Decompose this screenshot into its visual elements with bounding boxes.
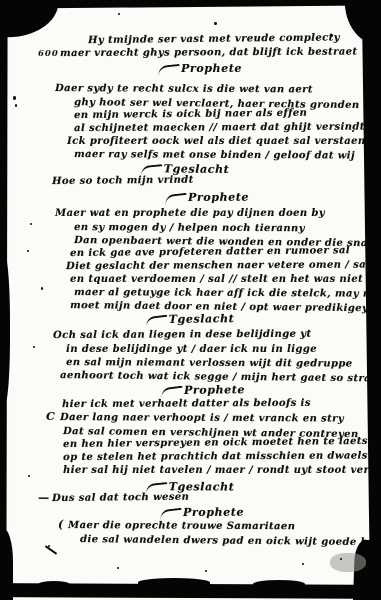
- manuscript-line: hier sal hij niet tavelen / maer / rondt…: [63, 465, 381, 477]
- scan-corner-top-left: [0, 0, 59, 39]
- ink-speck: [330, 34, 333, 37]
- manuscript-line: maer ray selfs met onse binden / geloof …: [74, 149, 355, 162]
- manuscript-line: en sy mogen dy / helpen noch tieranny: [74, 222, 305, 235]
- ink-speck: [118, 13, 120, 15]
- flourish-icon: [158, 64, 181, 76]
- manuscript-line: hier ick met verhaelt datter als beloofs…: [62, 398, 311, 411]
- speaker-label: Prophete: [158, 62, 242, 75]
- ink-speck: [205, 570, 207, 572]
- manuscript-line: en sal mijn niemant verlossen wijt dit g…: [66, 357, 353, 370]
- speaker-label: Prophete: [165, 191, 249, 204]
- manuscript-line: en mijn werck is oick bij naer als effen: [74, 108, 307, 122]
- pen-mark: (: [58, 519, 64, 531]
- manuscript-line: en ick gae ave profeteren datter en rumo…: [70, 245, 350, 260]
- ink-stroke: [45, 545, 58, 555]
- manuscript-line: Hy tmijnde ser vast met vreude complecty: [88, 32, 340, 47]
- ink-speck: [30, 223, 32, 225]
- speaker-label: Prophete: [161, 383, 245, 397]
- scan-smudge: [330, 553, 366, 572]
- manuscript-line: Maer die oprechte trouwe Samaritaen: [68, 520, 295, 533]
- ink-speck: [214, 22, 217, 25]
- speaker-label-text: Tgeslacht: [169, 312, 235, 326]
- page-number: 600: [38, 49, 59, 59]
- manuscript-line: Daer lang naer verhoopt is / met vranck …: [60, 412, 344, 425]
- pen-mark: —: [38, 492, 50, 504]
- manuscript-line: Hoe so toch mijn vrindt: [52, 175, 194, 188]
- ink-speck: [27, 250, 29, 252]
- ink-speck: [117, 567, 119, 569]
- manuscript-line: Och sal ick dan liegen in dese belijding…: [53, 329, 311, 342]
- manuscript-line: en hen hier verspreyen en oick moetet he…: [63, 435, 381, 451]
- manuscript-line: maer al getuyge ick haer aff ick die ste…: [74, 287, 381, 301]
- pen-mark: C: [46, 411, 55, 423]
- manuscript-line: in dese belijdinge yt / daer ick nu in l…: [66, 344, 317, 356]
- scan-edge-bottom-bump: [253, 580, 305, 588]
- flourish-icon: [160, 508, 183, 520]
- manuscript-line: al schijnetet maecken // maert dat ghijt…: [74, 121, 365, 135]
- ink-speck: [33, 346, 35, 348]
- manuscript-line: Diet geslacht der menschen naer vetere o…: [66, 259, 370, 273]
- flourish-icon: [145, 315, 168, 327]
- ink-speck: [41, 287, 43, 290]
- ink-speck: [28, 475, 30, 477]
- speaker-label-text: Prophete: [184, 383, 245, 397]
- ink-speck: [340, 558, 342, 560]
- manuscript-line: Maer wat en prophete die pay dijnen doen…: [55, 208, 325, 220]
- speaker-label: Tgeslacht: [146, 312, 235, 326]
- manuscript-line: maer vraecht ghys persoon, dat blijft ic…: [60, 46, 357, 60]
- ink-speck: [13, 96, 16, 100]
- ink-speck: [352, 130, 354, 132]
- manuscript-line: Dus sal dat toch wesen: [52, 492, 189, 505]
- flourish-icon: [161, 386, 184, 398]
- speaker-label: Prophete: [160, 506, 244, 519]
- scan-edge-left-blot: [0, 255, 10, 405]
- ink-speck: [15, 104, 17, 107]
- speaker-label-text: Prophete: [183, 506, 244, 519]
- manuscript-scan: Hy tmijnde ser vast met vreude complecty…: [0, 0, 381, 600]
- manuscript-line: Daer sydy te recht sulcx is die wet van …: [55, 83, 313, 96]
- manuscript-line: op te stelen het prachtich dat misschien…: [63, 450, 381, 464]
- speaker-label-text: Prophete: [181, 62, 242, 75]
- ink-speck: [302, 563, 304, 565]
- speaker-label-text: Prophete: [188, 191, 249, 204]
- scan-edge-bottom-bump: [38, 581, 70, 588]
- scan-edge-bottom-bump: [138, 578, 210, 587]
- manuscript-line: Ick profiteert oock wel als diet quaet s…: [67, 136, 365, 148]
- manuscript-line: en tquaet verdoemen / sal // stelt en he…: [70, 274, 363, 286]
- manuscript-line: die sal wandelen dwers pad en oick wijt …: [80, 534, 381, 549]
- flourish-icon: [165, 193, 188, 205]
